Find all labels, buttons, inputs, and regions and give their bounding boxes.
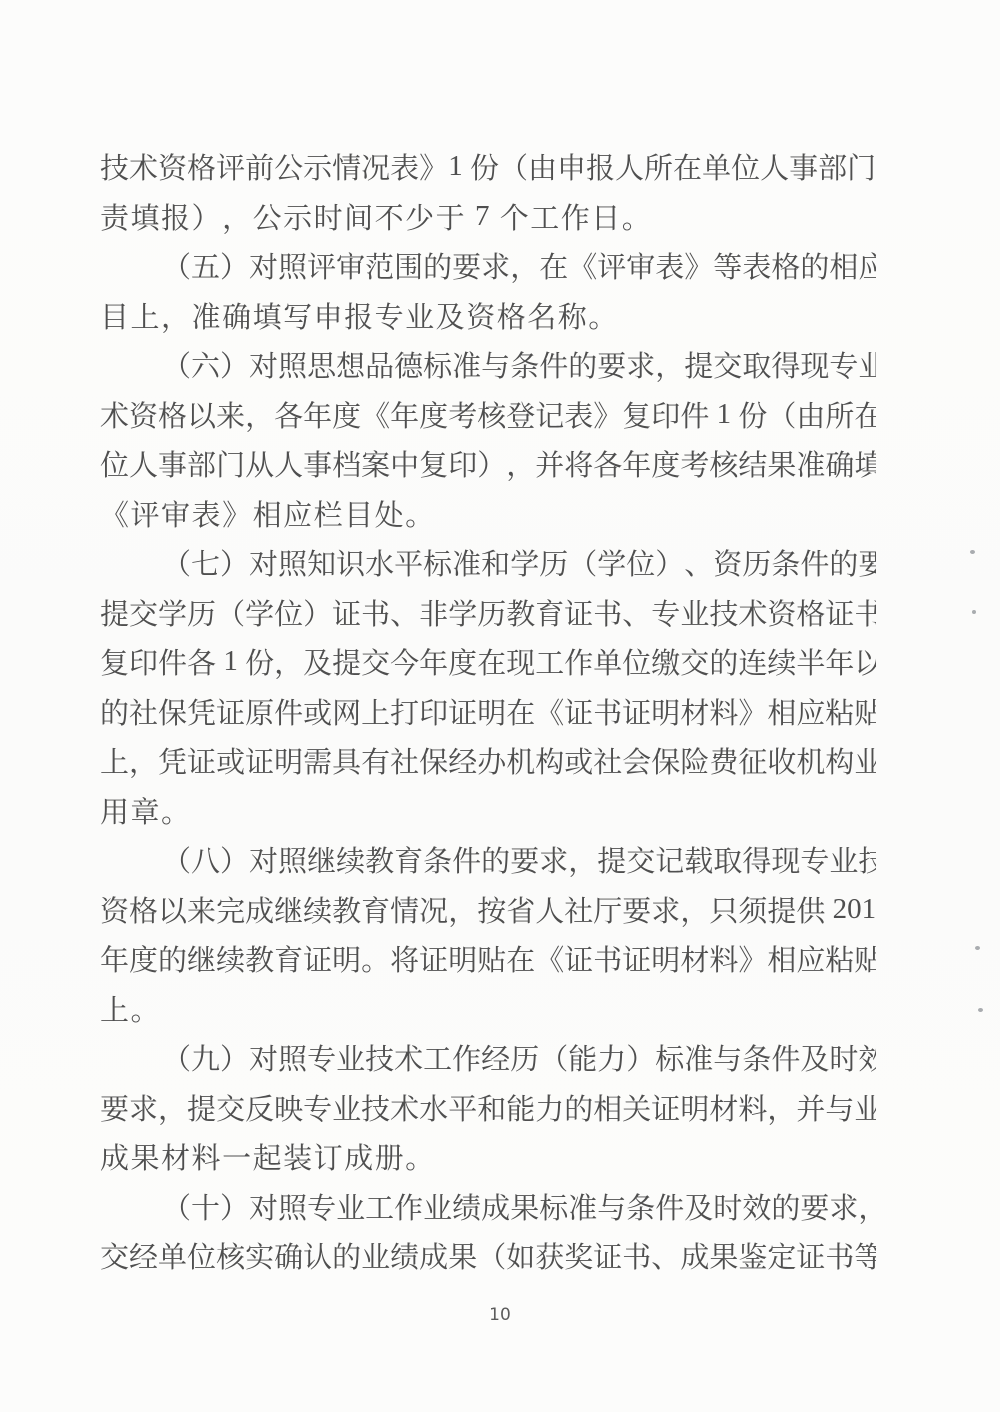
text-line: 上。 <box>100 984 876 1034</box>
text-line: 年度的继续教育证明。将证明贴在《证书证明材料》相应粘贴页 <box>100 934 876 984</box>
text-line: 术资格以来，各年度《年度考核登记表》复印件 1 份（由所在单 <box>100 390 876 440</box>
text-line: 用章。 <box>100 786 876 836</box>
text-line: 《评审表》相应栏目处。 <box>100 489 876 539</box>
text-line: 要求，提交反映专业技术水平和能力的相关证明材料，并与业绩 <box>100 1083 876 1133</box>
scan-speck <box>970 550 975 554</box>
scan-speck <box>978 1008 983 1012</box>
text-line: 成果材料一起装订成册。 <box>100 1132 876 1182</box>
text-line: 资格以来完成继续教育情况，按省人社厅要求，只须提供 2019 <box>100 885 876 935</box>
text-line: （五）对照评审范围的要求，在《评审表》等表格的相应栏 <box>100 241 876 291</box>
text-line: （六）对照思想品德标准与条件的要求，提交取得现专业技 <box>100 340 876 390</box>
text-line: 责填报），公示时间不少于 7 个工作日。 <box>100 192 876 242</box>
text-line: （八）对照继续教育条件的要求，提交记载取得现专业技术 <box>100 835 876 885</box>
page-number: 10 <box>0 1305 1000 1325</box>
text-line: 目上，准确填写申报专业及资格名称。 <box>100 291 876 341</box>
text-line: （十）对照专业工作业绩成果标准与条件及时效的要求，提 <box>100 1182 876 1232</box>
text-line: （九）对照专业技术工作经历（能力）标准与条件及时效的 <box>100 1033 876 1083</box>
scanned-document-page: 技术资格评前公示情况表》1 份（由申报人所在单位人事部门负责填报），公示时间不少… <box>0 0 1000 1412</box>
scan-speck <box>975 946 980 950</box>
text-line: 复印件各 1 份，及提交今年度在现工作单位缴交的连续半年以上 <box>100 637 876 687</box>
document-body: 技术资格评前公示情况表》1 份（由申报人所在单位人事部门负责填报），公示时间不少… <box>100 142 876 1281</box>
scan-speck <box>972 610 976 614</box>
text-line: 交经单位核实确认的业绩成果（如获奖证书、成果鉴定证书等） <box>100 1231 876 1281</box>
text-line: 技术资格评前公示情况表》1 份（由申报人所在单位人事部门负 <box>100 142 876 192</box>
text-line: 的社保凭证原件或网上打印证明在《证书证明材料》相应粘贴页 <box>100 687 876 737</box>
text-line: 提交学历（学位）证书、非学历教育证书、专业技术资格证书等 <box>100 588 876 638</box>
text-line: 上，凭证或证明需具有社保经办机构或社会保险费征收机构业务 <box>100 736 876 786</box>
text-line: （七）对照知识水平标准和学历（学位）、资历条件的要求， <box>100 538 876 588</box>
text-line: 位人事部门从人事档案中复印），并将各年度考核结果准确填入 <box>100 439 876 489</box>
